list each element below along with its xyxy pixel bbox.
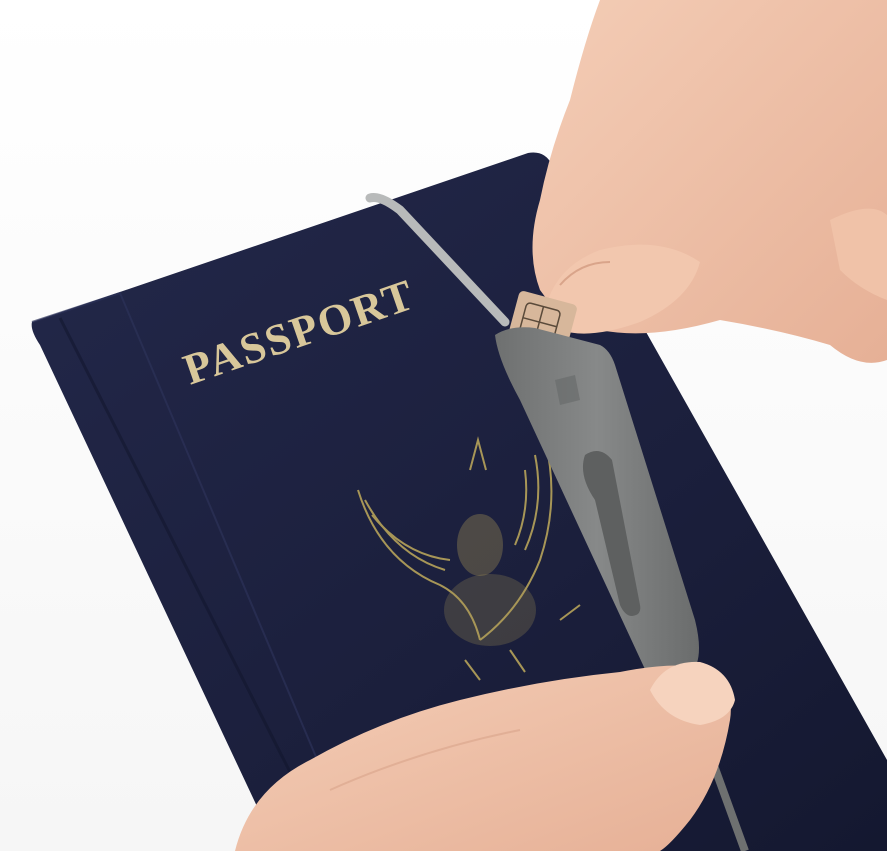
photo-scene: PASSPORT	[0, 0, 887, 851]
top-hand	[533, 0, 887, 363]
photo-illustration: PASSPORT	[0, 0, 887, 851]
